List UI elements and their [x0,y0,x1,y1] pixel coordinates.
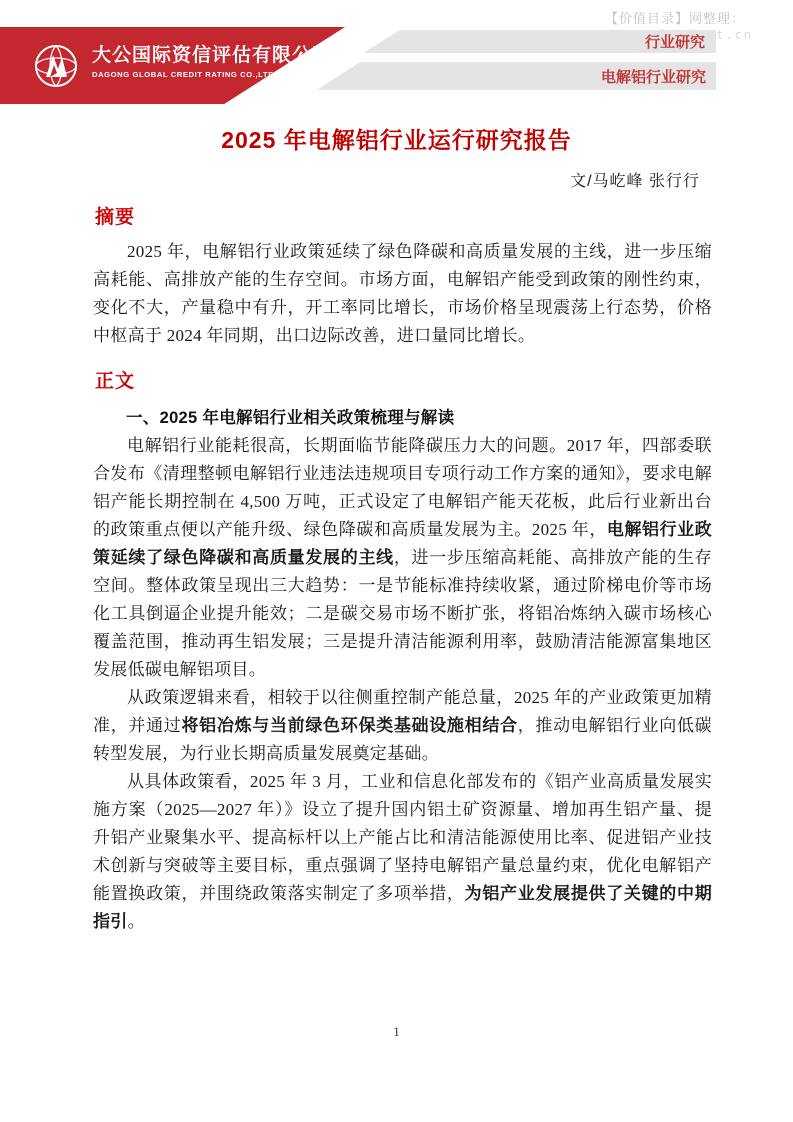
header-tag-industry-research: 行业研究 [363,30,716,53]
tag-industry-research-label: 行业研究 [645,31,705,52]
main-body-content: 电解铝行业能耗很高，长期面临节能降碳压力大的问题。2017 年，四部委联合发布《… [93,432,712,936]
header-red-banner: 大公国际资信评估有限公司 DAGONG GLOBAL CREDIT RATING… [0,27,345,104]
p1-text-end: ，进一步压缩高耗能、高排放产能的生存空间。整体政策呈现出三大趋势：一是节能标准持… [93,548,712,679]
page-number: 1 [0,1024,793,1040]
header-tag-aluminum-research: 电解铝行业研究 [317,62,716,90]
abstract-paragraph: 2025 年，电解铝行业政策延续了绿色降碳和高质量发展的主线，进一步压缩高耗能、… [93,238,712,350]
p2-bold-text: 将铝冶炼与当前绿色环保类基础设施相结合 [181,716,517,735]
company-name-en: DAGONG GLOBAL CREDIT RATING CO.,LTD [92,70,332,79]
watermark-source-text: 【价值目录】网整理： [605,8,745,27]
company-identity: 大公国际资信评估有限公司 DAGONG GLOBAL CREDIT RATING… [92,45,332,79]
company-name-cn: 大公国际资信评估有限公司 [92,45,332,67]
abstract-heading: 摘要 [95,202,135,229]
paragraph-2: 从政策逻辑来看，相较于以往侧重控制产能总量，2025 年的产业政策更加精准，并通… [93,684,712,768]
tag-aluminum-research-label: 电解铝行业研究 [601,66,706,87]
section1-heading: 一、2025 年电解铝行业相关政策梳理与解读 [93,404,712,428]
main-body-heading: 正文 [95,366,135,393]
paragraph-1: 电解铝行业能耗很高，长期面临节能降碳压力大的问题。2017 年，四部委联合发布《… [93,432,712,684]
paragraph-3: 从具体政策看，2025 年 3 月，工业和信息化部发布的《铝产业高质量发展实施方… [93,768,712,936]
report-title: 2025 年电解铝行业运行研究报告 [0,122,793,155]
dagong-globe-logo-icon [33,43,79,89]
author-line: 文/马屹峰 张行行 [570,168,700,191]
p3-text-end: 。 [128,912,145,931]
